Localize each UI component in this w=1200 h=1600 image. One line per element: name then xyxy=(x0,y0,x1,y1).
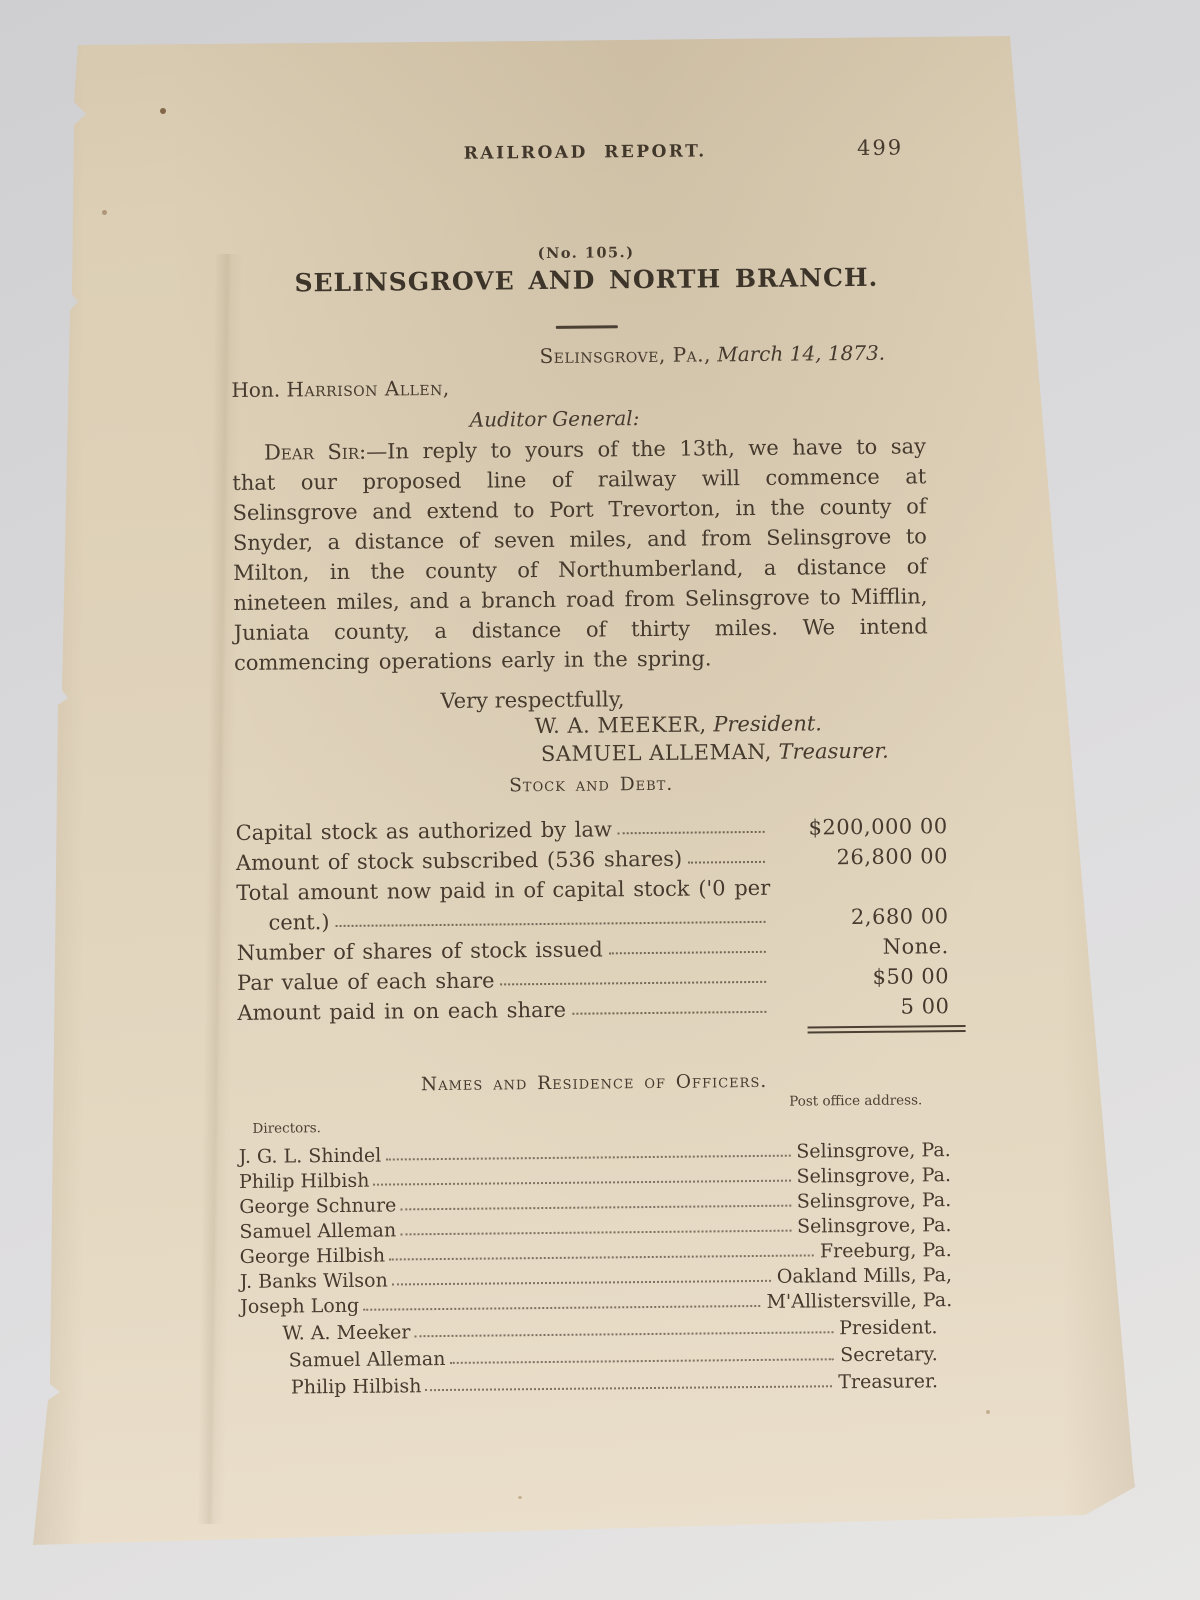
officer-role: President. xyxy=(839,1316,937,1339)
addressee-title: Auditor General: xyxy=(232,403,944,434)
director-residence: Selinsgrove, Pa. xyxy=(797,1214,952,1237)
dateline-place: Selinsgrove, Pa., xyxy=(539,342,711,368)
stock-value: 26,800 00 xyxy=(773,844,948,870)
dot-leader xyxy=(336,921,766,927)
report-number: (No. 105.) xyxy=(230,241,942,265)
director-name: George Hilbish xyxy=(240,1245,386,1268)
letter-text: —In reply to yours of the 13th, we have … xyxy=(232,434,928,675)
dot-leader xyxy=(385,1155,790,1161)
report-title: SELINSGROVE AND NORTH BRANCH. xyxy=(230,262,942,298)
addressee: Hon. Harrison Allen, xyxy=(231,371,943,402)
page-number: 499 xyxy=(857,136,903,160)
stock-label: Total amount now paid in of capital stoc… xyxy=(236,876,770,905)
dot-leader xyxy=(392,1280,771,1286)
director-residence: Selinsgrove, Pa. xyxy=(797,1189,952,1212)
signature-treasurer: SAMUEL ALLEMAN, Treasurer. xyxy=(235,736,947,771)
dateline: Selinsgrove, Pa., March 14, 1873. xyxy=(231,340,943,371)
dot-leader xyxy=(400,1230,791,1236)
letter-body: Dear Sir:—In reply to yours of the 13th,… xyxy=(232,431,928,678)
director-residence: M'Allistersville, Pa. xyxy=(766,1289,952,1313)
officers-list: W. A. Meeker President. Samuel Alleman S… xyxy=(240,1311,953,1399)
stock-value: $200,000 00 xyxy=(773,814,948,840)
dot-leader xyxy=(425,1385,832,1391)
stock-value: 2,680 00 xyxy=(773,904,948,930)
dateline-date: March 14, 1873. xyxy=(717,341,885,367)
director-name: J. G. L. Shindel xyxy=(239,1145,382,1168)
foxing-speck xyxy=(102,210,107,215)
dot-leader xyxy=(400,1205,790,1211)
officers-column-labels: Post office address. Directors. xyxy=(238,1090,950,1143)
section-heading-stock: Stock and Debt. xyxy=(235,771,947,799)
addressee-prefix: Hon. xyxy=(231,377,286,402)
director-name: Joseph Long xyxy=(240,1295,359,1318)
signature-title: President. xyxy=(713,711,822,736)
officer-name: Philip Hilbish xyxy=(291,1375,422,1398)
director-residence: Freeburg, Pa. xyxy=(820,1239,952,1262)
salutation: Dear Sir: xyxy=(264,440,366,465)
officer-role: Secretary. xyxy=(840,1343,938,1366)
foxing-speck xyxy=(160,108,166,114)
stock-label: Par value of each share xyxy=(237,968,495,994)
stock-label: Number of shares of stock issued xyxy=(237,937,603,965)
directors-list: J. G. L. Shindel Selinsgrove, Pa. Philip… xyxy=(239,1136,953,1318)
stock-label: Capital stock as authorized by law xyxy=(236,817,613,845)
officer-name: Samuel Alleman xyxy=(289,1348,446,1372)
stock-label: cent.) xyxy=(236,910,329,935)
dot-leader xyxy=(572,1011,766,1015)
dot-leader xyxy=(363,1305,760,1311)
addressee-name: Harrison Allen, xyxy=(286,376,449,402)
signature-name: SAMUEL ALLEMAN, xyxy=(541,740,772,766)
dot-leader xyxy=(688,861,765,864)
running-header: RAILROAD REPORT. 499 xyxy=(229,139,941,170)
director-name: Samuel Alleman xyxy=(239,1219,396,1243)
stock-table: Capital stock as authorized by law $200,… xyxy=(235,808,949,1039)
director-name: Philip Hilbish xyxy=(239,1170,370,1193)
signature-title: Treasurer. xyxy=(778,739,888,764)
dot-leader xyxy=(618,831,765,834)
stock-value: None. xyxy=(774,934,949,960)
dot-leader xyxy=(501,981,767,986)
director-name: J. Banks Wilson xyxy=(240,1270,388,1293)
officer-role: Treasurer. xyxy=(838,1370,938,1393)
dot-leader xyxy=(373,1180,790,1186)
stock-label: Amount paid in on each share xyxy=(237,998,566,1025)
directors-label: Directors. xyxy=(252,1120,321,1137)
director-name: George Schnure xyxy=(239,1194,396,1218)
post-office-address-label: Post office address. xyxy=(789,1092,922,1109)
page-content: RAILROAD REPORT. 499 (No. 105.) SELINSGR… xyxy=(228,27,953,1399)
foxing-speck xyxy=(986,1410,990,1414)
stock-label: Amount of stock subscribed (536 shares) xyxy=(236,847,682,875)
dot-leader xyxy=(449,1358,834,1364)
dot-leader xyxy=(609,951,766,955)
dot-leader xyxy=(414,1331,833,1337)
director-residence: Selinsgrove, Pa. xyxy=(796,1139,951,1162)
running-title: RAILROAD REPORT. xyxy=(229,139,941,166)
divider-rule xyxy=(556,325,618,329)
scanned-page: RAILROAD REPORT. 499 (No. 105.) SELINSGR… xyxy=(28,34,1140,1548)
dot-leader xyxy=(389,1254,814,1260)
stock-value: $50 00 xyxy=(774,964,949,990)
director-residence: Selinsgrove, Pa. xyxy=(796,1164,951,1187)
double-rule xyxy=(808,1025,966,1034)
stock-value: 5 00 xyxy=(774,994,949,1020)
signature-name: W. A. MEEKER, xyxy=(535,712,707,738)
officer-name: W. A. Meeker xyxy=(282,1321,410,1344)
director-residence: Oakland Mills, Pa, xyxy=(777,1264,952,1288)
foxing-speck xyxy=(518,1496,522,1499)
